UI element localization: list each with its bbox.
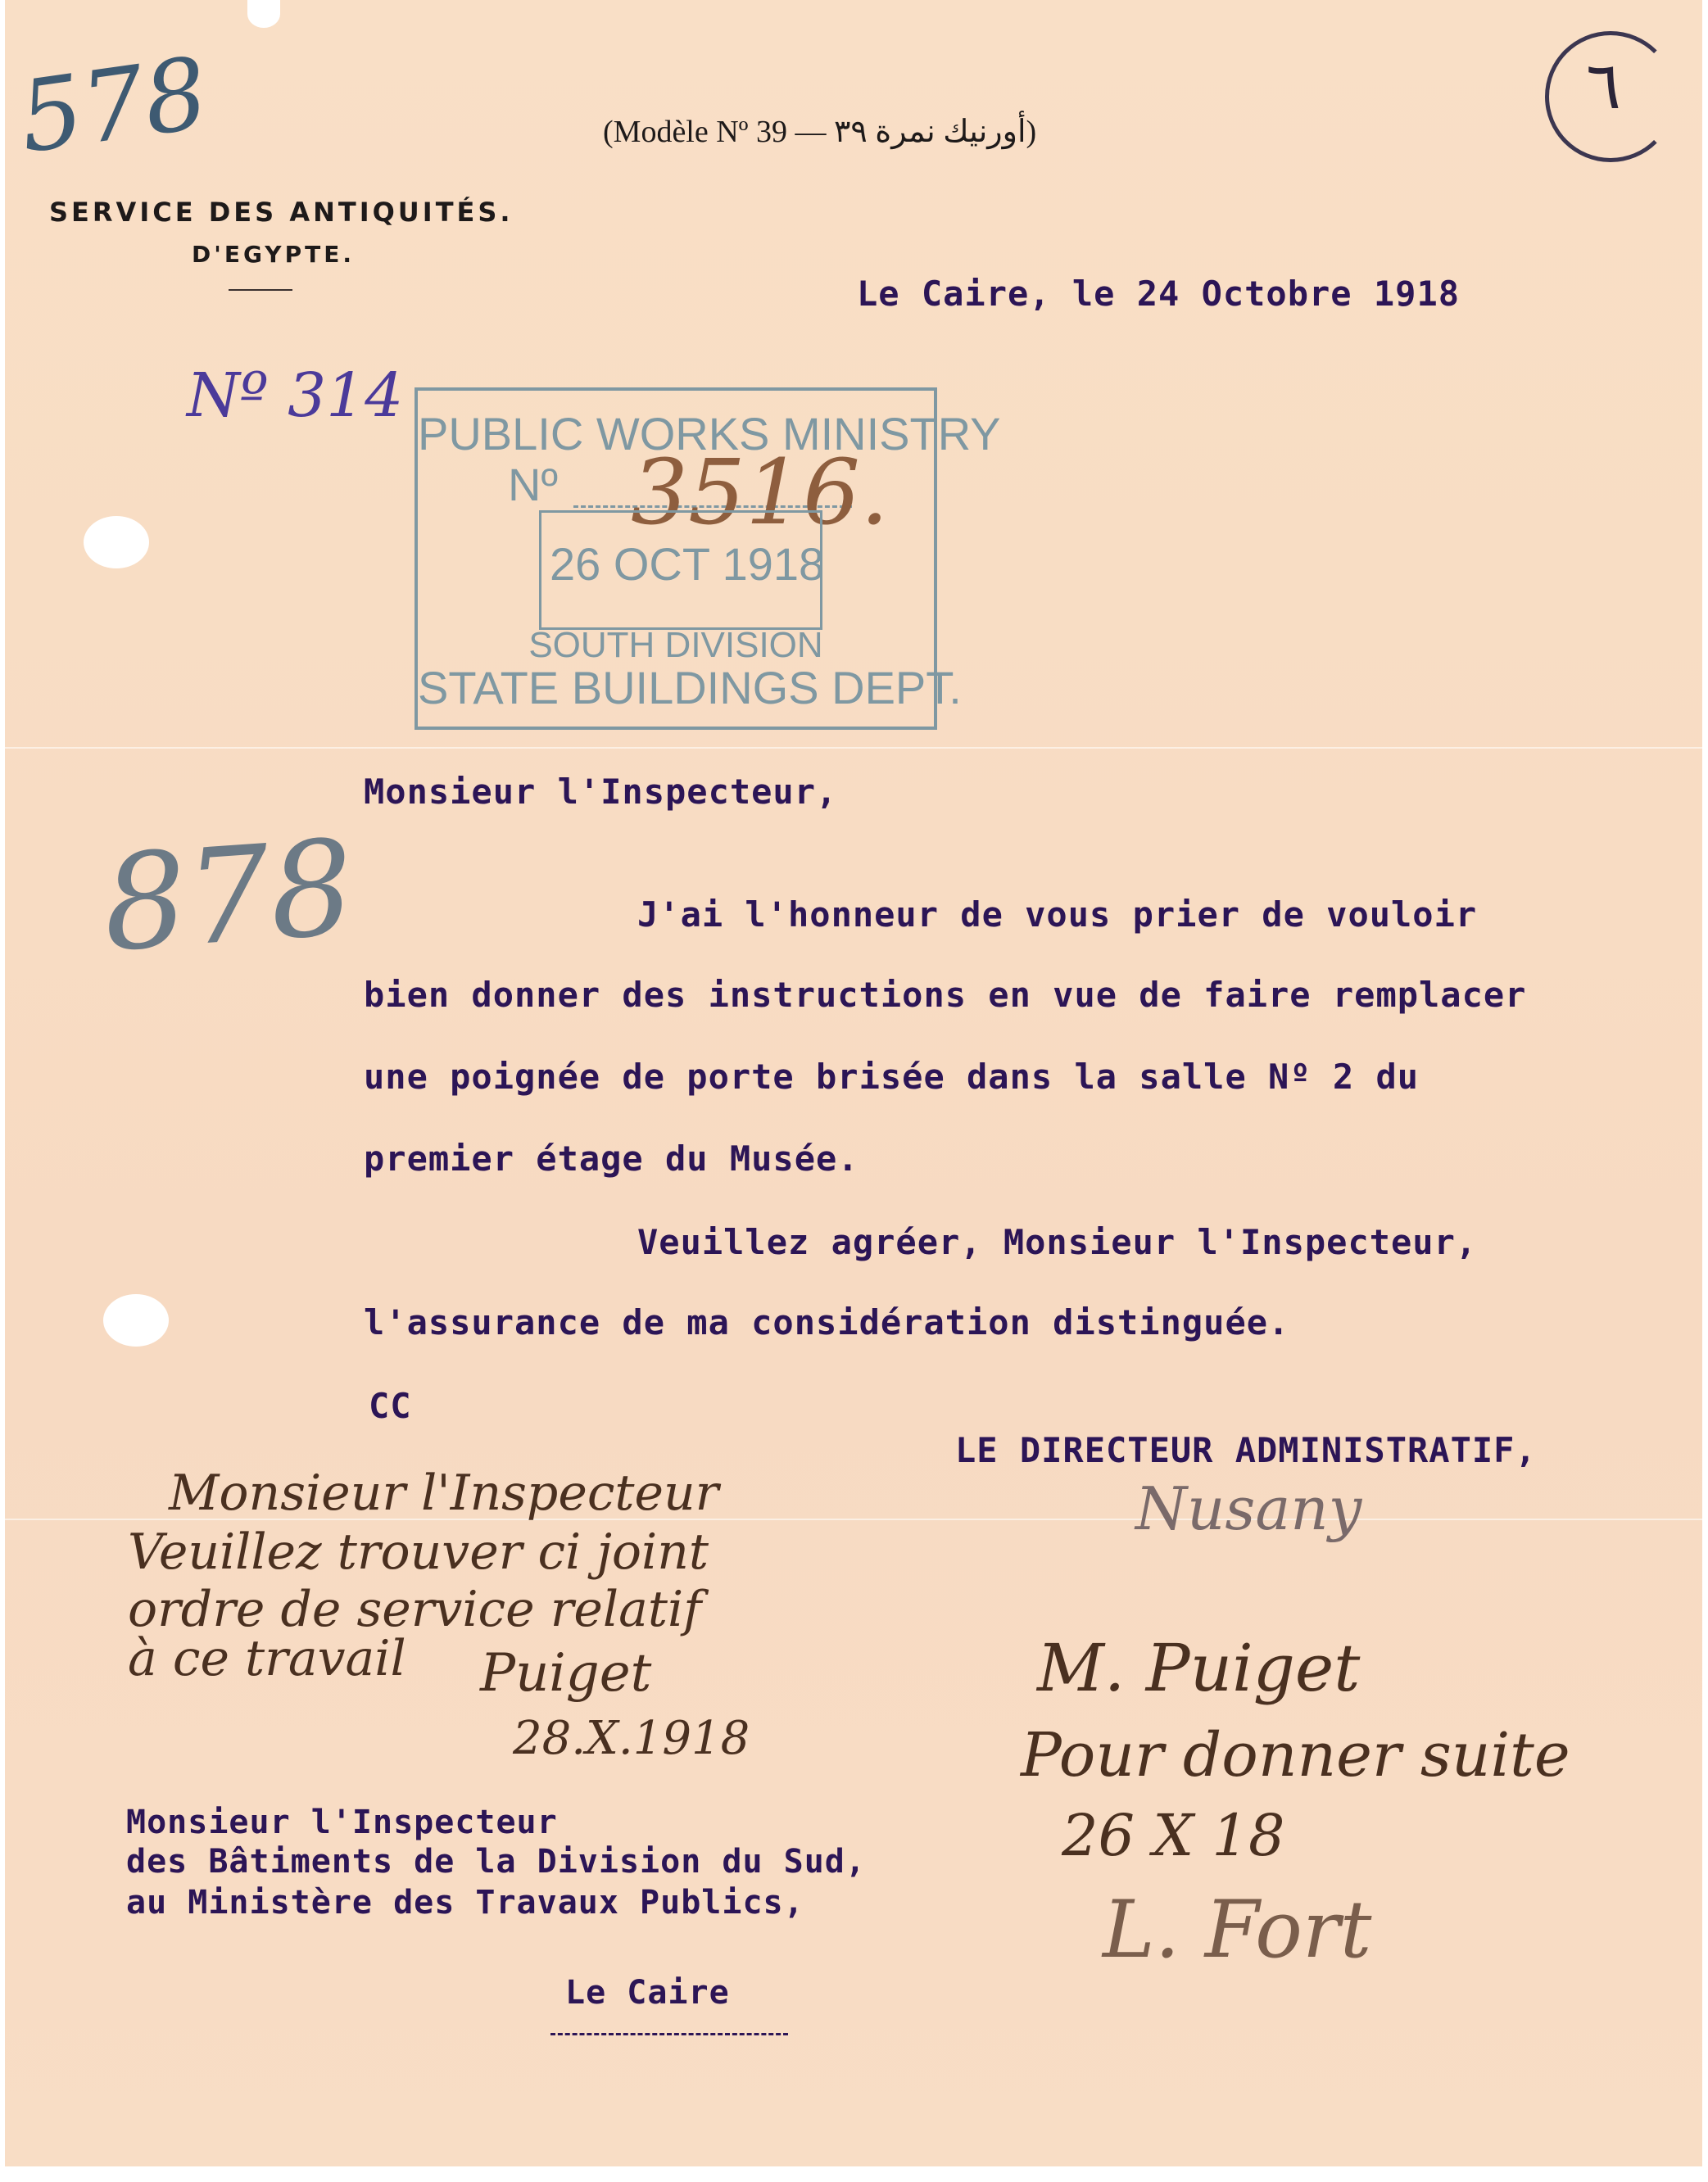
director-signature: Nusany <box>1135 1474 1361 1543</box>
fold-crease <box>5 747 1702 749</box>
header-rule <box>229 289 292 291</box>
punch-hole <box>103 1294 169 1347</box>
addressee-city: Le Caire <box>565 1974 730 2012</box>
stamp-number-prefix: Nº <box>508 458 558 511</box>
header-service-name: SERVICE DES ANTIQUITÉS. <box>49 197 514 228</box>
date-line: Le Caire, le 24 Octobre 1918 <box>857 274 1460 314</box>
closing-line-1: Veuillez agréer, Monsieur l'Inspecteur, <box>637 1222 1477 1262</box>
reference-number: Nº 314 <box>187 360 403 431</box>
handwritten-note-right-line-1: M. Puiget <box>1037 1630 1360 1706</box>
handwritten-note-right-signature: L. Fort <box>1103 1884 1371 1976</box>
handwritten-note-right-line-3: 26 X 18 <box>1062 1802 1284 1869</box>
received-stamp: PUBLIC WORKS MINISTRY Nº 3516. 26 OCT 19… <box>415 387 937 730</box>
closing-line-2: l'assurance de ma considération distingu… <box>364 1302 1289 1342</box>
addressee-line-1: Monsieur l'Inspecteur <box>126 1804 558 1841</box>
body-line-2: bien donner des instructions en vue de f… <box>364 975 1526 1015</box>
signatory-title: LE DIRECTEUR ADMINISTRATIF, <box>955 1430 1537 1470</box>
addressee-underline <box>550 2033 788 2035</box>
salutation: Monsieur l'Inspecteur, <box>364 772 837 812</box>
addressee-line-3: au Ministère des Travaux Publics, <box>126 1884 804 1922</box>
circled-page-number: ٦ <box>1586 48 1621 124</box>
letter-paper: 578 (Modèle Nº 39 — أورنيك نمرة ٣٩) ٦ SE… <box>5 0 1702 2166</box>
handwritten-note-left-line-2: Veuillez trouver ci joint <box>128 1523 709 1581</box>
stamp-department: STATE BUILDINGS DEPT. <box>418 661 934 714</box>
handwritten-note-left-date: 28.X.1918 <box>513 1712 750 1765</box>
addressee-line-2: des Bâtiments de la Division du Sud, <box>126 1843 866 1881</box>
form-model-label: (Modèle Nº 39 — أورنيك نمرة ٣٩) <box>603 113 1036 150</box>
pencil-annotation-top: 578 <box>12 37 214 176</box>
cc-label: CC <box>369 1386 412 1426</box>
punch-hole <box>84 516 149 568</box>
body-line-3: une poignée de porte brisée dans la sall… <box>364 1057 1419 1097</box>
handwritten-note-left-line-4: à ce travail <box>128 1630 406 1687</box>
body-line-4: premier étage du Musée. <box>364 1139 859 1179</box>
stamp-date-box: 26 OCT 1918 <box>539 510 822 630</box>
handwritten-note-left-signature: Puiget <box>480 1643 651 1704</box>
header-country: D'EGYPTE. <box>192 241 355 268</box>
pencil-annotation-left: 878 <box>98 811 359 981</box>
body-line-1: J'ai l'honneur de vous prier de vouloir <box>637 894 1477 935</box>
stamp-division: SOUTH DIVISION <box>418 625 934 666</box>
handwritten-note-left-line-1: Monsieur l'Inspecteur <box>169 1464 718 1522</box>
paper-tear <box>247 0 280 28</box>
stamp-date: 26 OCT 1918 <box>550 537 824 591</box>
handwritten-note-right-line-2: Pour donner suite <box>1021 1720 1570 1790</box>
